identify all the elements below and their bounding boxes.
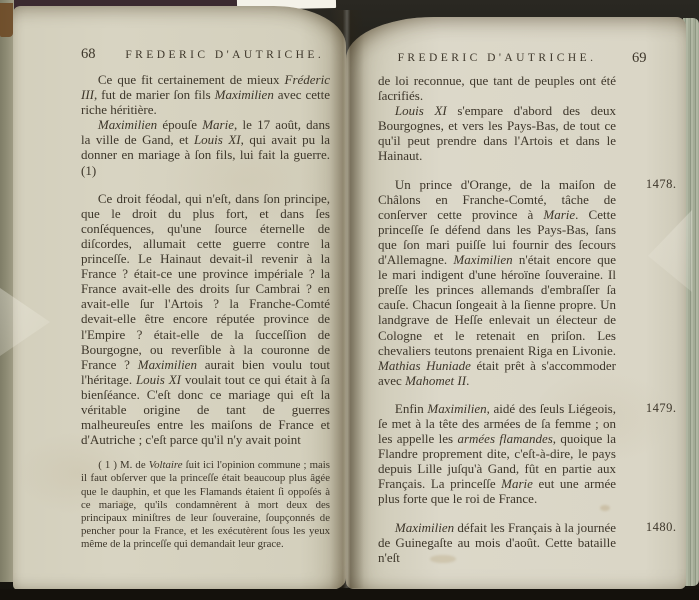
right-page-body: de loi reconnue, que tant de peuples ont… [378, 73, 616, 565]
paragraph: Ce que fit certainement de mieux Fréderi… [81, 72, 330, 117]
left-running-head: 68 FREDERIC D'AUTRICHE. [81, 46, 330, 63]
book-photograph: 68 FREDERIC D'AUTRICHE. Ce que fit certa… [0, 0, 699, 600]
paragraph: Ce droit féodal, qui n'eſt, dans ſon pri… [81, 191, 330, 448]
footnote: ( 1 ) M. de Voltaire ſuit ici l'opinion … [81, 459, 330, 551]
paragraph: Maximilien défait les Français à la jour… [378, 520, 616, 565]
margin-year: 1480. [629, 520, 677, 535]
margin-year: 1478. [629, 177, 677, 192]
paragraph: Louis XI s'empare d'abord des deux Bourg… [378, 103, 616, 163]
paragraph: de loi reconnue, que tant de peuples ont… [378, 73, 616, 103]
margin-year: 1479. [629, 401, 677, 416]
left-running-title: FREDERIC D'AUTRICHE. [120, 49, 331, 61]
book-cover-edge [0, 0, 14, 582]
paragraph: Enfin Maximilien, aidé des ſeuls Liégeoi… [378, 401, 616, 507]
background-bottom [0, 589, 699, 600]
paragraph: Un prince d'Orange, de la maiſon de Châl… [378, 177, 616, 388]
right-page: FREDERIC D'AUTRICHE. 69 de loi reconnue,… [346, 17, 686, 589]
right-page-number: 69 [632, 50, 647, 67]
right-running-title: FREDERIC D'AUTRICHE. [398, 52, 597, 64]
left-page-number: 68 [81, 46, 96, 63]
cover-corner [0, 3, 13, 37]
left-page-body: Ce que fit certainement de mieux Fréderi… [81, 72, 330, 447]
left-page: 68 FREDERIC D'AUTRICHE. Ce que fit certa… [13, 6, 346, 590]
right-running-head: FREDERIC D'AUTRICHE. 69 [378, 52, 616, 64]
paragraph: Maximilien épouſe Marie, le 17 août, dan… [81, 117, 330, 177]
